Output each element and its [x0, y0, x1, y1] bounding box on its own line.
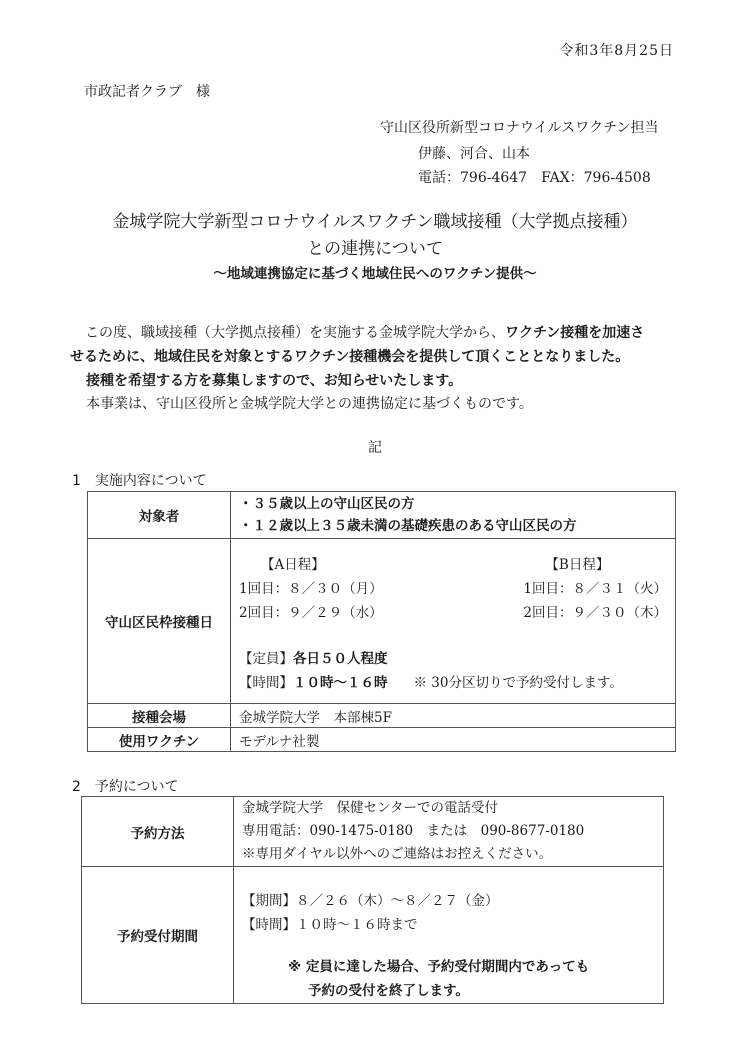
paragraph-1-emphasis: ワクチン接種を加速さ [505, 325, 644, 341]
target-value: ・３５歳以上の守山区民の方 ・１２歳以上３５歳未満の基礎疾患のある守山区民の方 [231, 492, 676, 539]
dates-label: 守山区民枠接種日 [88, 539, 231, 704]
schedule-columns: 【A日程】 1回目：８／３０（月） 2回目：９／２９（水） 【B日程】 1回目：… [239, 553, 667, 625]
time-value: １０時～１６時 [293, 675, 388, 691]
title-line-2: との連携について [0, 234, 750, 259]
period-label-tag: 【期間】 [242, 893, 296, 909]
capacity-value: 各日５０人程度 [293, 651, 388, 667]
sender-names: 伊藤、河合、山本 [418, 143, 530, 163]
period-time-label: 【時間】 [242, 917, 296, 933]
capacity-line: 【定員】各日５０人程度 [239, 647, 667, 671]
period-value: 【期間】８／２６（木）～８／２７（金） 【時間】１０時～１６時まで ※ 定員に達… [234, 867, 664, 1004]
venue-value: 金城学院大学 本部棟5F [231, 704, 676, 728]
target-item-2: ・１２歳以上３５歳未満の基礎疾患のある守山区民の方 [239, 515, 667, 537]
reservation-table: 予約方法 金城学院大学 保健センターでの電話受付 専用電話：090-1475-0… [81, 796, 664, 1004]
capacity-label: 【定員】 [239, 651, 293, 667]
schedule-b-header: 【B日程】 [523, 553, 667, 577]
table-row-dates: 守山区民枠接種日 【A日程】 1回目：８／３０（月） 2回目：９／２９（水） 【… [88, 539, 676, 704]
section-1-heading: 1 実施内容について [72, 470, 207, 490]
schedule-b-first: 1回目：８／３１（火） [523, 577, 667, 601]
title-line-1: 金城学院大学新型コロナウイルスワクチン職域接種（大学拠点接種） [0, 207, 750, 232]
paragraph-1-line-1: この度、職域接種（大学拠点接種）を実施する金城学院大学から、ワクチン接種を加速さ [85, 322, 644, 342]
schedule-a-first: 1回目：８／３０（月） [239, 577, 383, 601]
table-row-vaccine: 使用ワクチン モデルナ社製 [88, 728, 676, 752]
schedule-b-second: 2回目：９／３０（木） [523, 601, 667, 625]
table-row-venue: 接種会場 金城学院大学 本部棟5F [88, 704, 676, 728]
venue-label: 接種会場 [88, 704, 231, 728]
schedule-a-second: 2回目：９／２９（水） [239, 601, 383, 625]
method-note: ※専用ダイヤル以外へのご連絡はお控えください。 [242, 843, 655, 866]
implementation-table: 対象者 ・３５歳以上の守山区民の方 ・１２歳以上３５歳未満の基礎疾患のある守山区… [87, 491, 676, 752]
time-note: ※ 30分区切りで予約受付します。 [414, 675, 623, 691]
period-note-2: 予約の受付を終了します。 [242, 979, 655, 1003]
method-value: 金城学院大学 保健センターでの電話受付 専用電話：090-1475-0180 ま… [234, 797, 664, 867]
vaccine-value: モデルナ社製 [231, 728, 676, 752]
sender-organization: 守山区役所新型コロナウイルスワクチン担当 [380, 117, 658, 137]
period-time-value: １０時～１６時まで [296, 917, 418, 933]
schedule-b: 【B日程】 1回目：８／３１（火） 2回目：９／３０（木） [523, 553, 667, 625]
schedule-a: 【A日程】 1回目：８／３０（月） 2回目：９／２９（水） [239, 553, 383, 625]
sender-contact: 電話：796-4647 FAX：796-4508 [418, 167, 651, 187]
ki-marker: 記 [0, 437, 750, 457]
vaccine-label: 使用ワクチン [88, 728, 231, 752]
method-phone: 専用電話：090-1475-0180 または 090-8677-0180 [242, 820, 655, 843]
time-label: 【時間】 [239, 675, 293, 691]
dates-value: 【A日程】 1回目：８／３０（月） 2回目：９／２９（水） 【B日程】 1回目：… [231, 539, 676, 704]
table-row-method: 予約方法 金城学院大学 保健センターでの電話受付 専用電話：090-1475-0… [82, 797, 664, 867]
target-label: 対象者 [88, 492, 231, 539]
period-label: 予約受付期間 [82, 867, 234, 1004]
period-note-1: ※ 定員に達した場合、予約受付期間内であっても [242, 955, 655, 979]
addressee: 市政記者クラブ 様 [84, 81, 210, 101]
paragraph-1-text: この度、職域接種（大学拠点接種）を実施する金城学院大学から、 [85, 325, 505, 341]
table-row-period: 予約受付期間 【期間】８／２６（木）～８／２７（金） 【時間】１０時～１６時まで… [82, 867, 664, 1004]
paragraph-2: 接種を希望する方を募集しますので、お知らせいたします。 [86, 370, 462, 390]
schedule-a-header: 【A日程】 [239, 553, 383, 577]
table-row-target: 対象者 ・３５歳以上の守山区民の方 ・１２歳以上３５歳未満の基礎疾患のある守山区… [88, 492, 676, 539]
paragraph-1-line-2: せるために、地域住民を対象とするワクチン接種機会を提供して頂くこととなりました。 [70, 346, 629, 366]
paragraph-3: 本事業は、守山区役所と金城学院大学との連携協定に基づくものです。 [86, 393, 533, 413]
method-label: 予約方法 [82, 797, 234, 867]
subtitle: ～地域連携協定に基づく地域住民へのワクチン提供～ [0, 262, 750, 282]
method-line-1: 金城学院大学 保健センターでの電話受付 [242, 797, 655, 820]
target-item-1: ・３５歳以上の守山区民の方 [239, 493, 667, 515]
document-date: 令和3年8月25日 [559, 40, 674, 60]
section-2-heading: 2 予約について [72, 776, 179, 796]
period-line: 【期間】８／２６（木）～８／２７（金） [242, 889, 655, 913]
time-line: 【時間】１０時～１６時※ 30分区切りで予約受付します。 [239, 671, 667, 695]
period-time-line: 【時間】１０時～１６時まで [242, 913, 655, 937]
period-dates: ８／２６（木）～８／２７（金） [296, 893, 499, 909]
